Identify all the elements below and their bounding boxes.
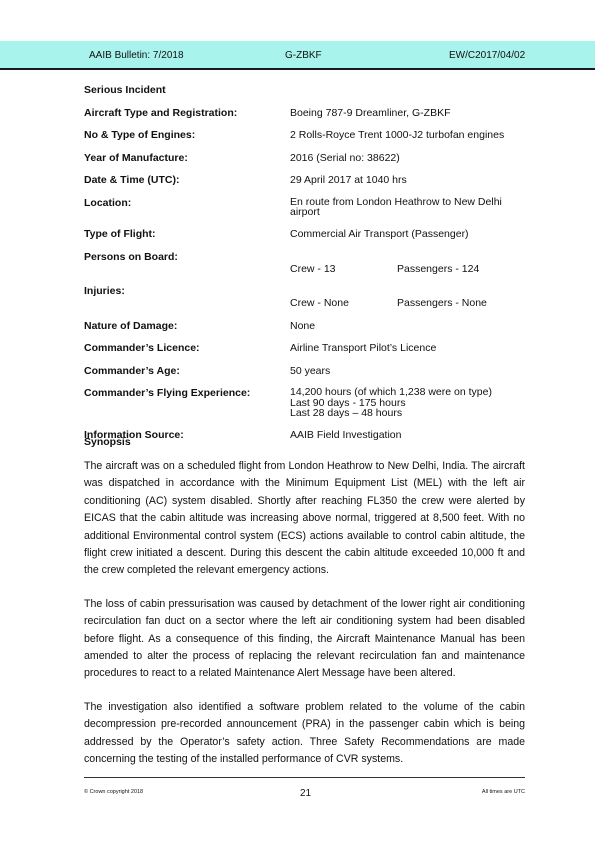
fact-row-licence: Commander’s Licence: Airline Transport P… bbox=[84, 342, 525, 354]
fact-row-persons-on-board: Persons on Board: Crew - 13Passengers - … bbox=[84, 251, 525, 275]
fact-row-flight-type: Type of Flight: Commercial Air Transport… bbox=[84, 228, 525, 240]
fact-value: 29 April 2017 at 1040 hrs bbox=[290, 174, 525, 186]
fact-label: Year of Manufacture: bbox=[84, 152, 290, 164]
fact-row-damage: Nature of Damage: None bbox=[84, 320, 525, 332]
fact-value: Crew - NonePassengers - None bbox=[290, 285, 525, 309]
fact-value: 2016 (Serial no: 38622) bbox=[290, 152, 525, 164]
fact-row-engines: No & Type of Engines: 2 Rolls-Royce Tren… bbox=[84, 129, 525, 141]
fact-label: Injuries: bbox=[84, 285, 290, 309]
synopsis-paragraph: The investigation also identified a soft… bbox=[84, 699, 525, 769]
bulletin-header-band: AAIB Bulletin: 7/2018 G-ZBKF EW/C2017/04… bbox=[0, 41, 595, 70]
fact-label: Type of Flight: bbox=[84, 228, 290, 240]
fact-row-aircraft-type: Aircraft Type and Registration: Boeing 7… bbox=[84, 107, 525, 119]
fact-label: Commander’s Licence: bbox=[84, 342, 290, 354]
fact-label: Commander’s Flying Experience: bbox=[84, 387, 290, 419]
fact-label: No & Type of Engines: bbox=[84, 129, 290, 141]
synopsis-section: Synopsis The aircraft was on a scheduled… bbox=[84, 436, 525, 785]
synopsis-paragraph: The loss of cabin pressurisation was cau… bbox=[84, 596, 525, 683]
crew-injuries: Crew - None bbox=[290, 297, 397, 309]
fact-row-year: Year of Manufacture: 2016 (Serial no: 38… bbox=[84, 152, 525, 164]
synopsis-paragraph: The aircraft was on a scheduled flight f… bbox=[84, 458, 525, 580]
bulletin-number: AAIB Bulletin: 7/2018 bbox=[89, 50, 184, 61]
fact-value: Commercial Air Transport (Passenger) bbox=[290, 228, 525, 240]
crew-count: Crew - 13 bbox=[290, 263, 397, 275]
fact-row-injuries: Injuries: Crew - NonePassengers - None bbox=[84, 285, 525, 309]
fact-value: None bbox=[290, 320, 525, 332]
fact-row-age: Commander’s Age: 50 years bbox=[84, 365, 525, 377]
synopsis-heading: Synopsis bbox=[84, 436, 525, 448]
incident-category: Serious Incident bbox=[84, 84, 290, 96]
passenger-injuries: Passengers - None bbox=[397, 297, 487, 309]
fact-label: Nature of Damage: bbox=[84, 320, 290, 332]
fact-label: Location: bbox=[84, 197, 290, 218]
times-note: All times are UTC bbox=[482, 789, 525, 795]
fact-label: Date & Time (UTC): bbox=[84, 174, 290, 186]
fact-label: Persons on Board: bbox=[84, 251, 290, 275]
fact-value: 2 Rolls-Royce Trent 1000-J2 turbofan eng… bbox=[290, 129, 525, 141]
footer-divider bbox=[84, 777, 525, 778]
fact-value: En route from London Heathrow to New Del… bbox=[290, 197, 525, 218]
fact-label: Aircraft Type and Registration: bbox=[84, 107, 290, 119]
fact-value: Boeing 787-9 Dreamliner, G-ZBKF bbox=[290, 107, 525, 119]
fact-label: Commander’s Age: bbox=[84, 365, 290, 377]
page-number: 21 bbox=[300, 788, 311, 799]
passenger-count: Passengers - 124 bbox=[397, 263, 479, 275]
fact-value: Crew - 13Passengers - 124 bbox=[290, 251, 525, 275]
incident-category-row: Serious Incident bbox=[84, 84, 525, 96]
aircraft-registration: G-ZBKF bbox=[285, 50, 322, 61]
report-reference: EW/C2017/04/02 bbox=[449, 50, 525, 61]
fact-row-experience: Commander’s Flying Experience: 14,200 ho… bbox=[84, 387, 525, 419]
incident-facts-table: Serious Incident Aircraft Type and Regis… bbox=[84, 84, 525, 441]
fact-value: 50 years bbox=[290, 365, 525, 377]
copyright-notice: © Crown copyright 2018 bbox=[84, 789, 143, 795]
fact-row-location: Location: En route from London Heathrow … bbox=[84, 197, 525, 218]
fact-value: 14,200 hours (of which 1,238 were on typ… bbox=[290, 387, 525, 419]
fact-value: Airline Transport Pilot’s Licence bbox=[290, 342, 525, 354]
fact-row-date-time: Date & Time (UTC): 29 April 2017 at 1040… bbox=[84, 174, 525, 186]
